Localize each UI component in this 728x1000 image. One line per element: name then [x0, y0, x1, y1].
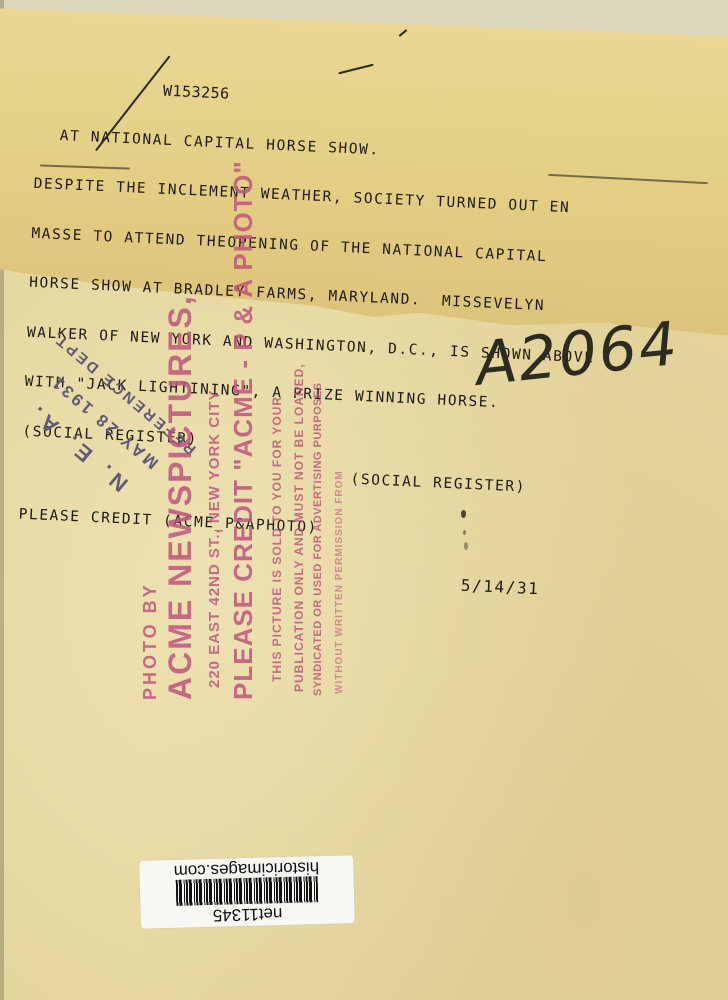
- caption-headline: AT NATIONAL CAPITAL HORSE SHOW.: [59, 128, 603, 169]
- acme-newspictures-stamp: PHOTO BY ACME NEWSPICTURES, 220 EAST 42N…: [140, 300, 390, 700]
- stamp-company: ACME NEWSPICTURES,: [162, 294, 199, 700]
- stamp-fine-print: WITHOUT WRITTEN PERMISSION FROM: [334, 470, 345, 694]
- ink-speck: [464, 542, 468, 550]
- barcode-site: historicimages.com: [139, 856, 353, 882]
- stamp-photo-by: PHOTO BY: [140, 582, 161, 700]
- stamp-fine-print: THIS PICTURE IS SOLD TO YOU FOR YOUR: [270, 396, 284, 682]
- stamp-fine-print: PUBLICATION ONLY AND MUST NOT BE LOANED,: [292, 363, 306, 692]
- caption-line: DESPITE THE INCLEMENT WEATHER, SOCIETY T…: [33, 176, 601, 218]
- caption-date: 5/14/31: [460, 578, 584, 600]
- reference-number: W153256: [163, 83, 606, 120]
- stamp-address: 220 EAST 42ND ST., NEW YORK CITY: [206, 390, 223, 688]
- stamp-please-credit: PLEASE CREDIT "ACME - P & A PHOTO": [228, 160, 259, 700]
- ink-speck: [461, 510, 466, 518]
- barcode-sticker: net11345 historicimages.com: [139, 855, 355, 929]
- caption-line: MASSE TO ATTEND THEOPENING OF THE NATION…: [31, 225, 599, 267]
- barcode-icon: [176, 876, 319, 906]
- barcode-code: net11345: [140, 901, 354, 927]
- ink-speck: [463, 530, 466, 535]
- stamp-fine-print: SYNDICATED OR USED FOR ADVERTISING PURPO…: [312, 382, 324, 696]
